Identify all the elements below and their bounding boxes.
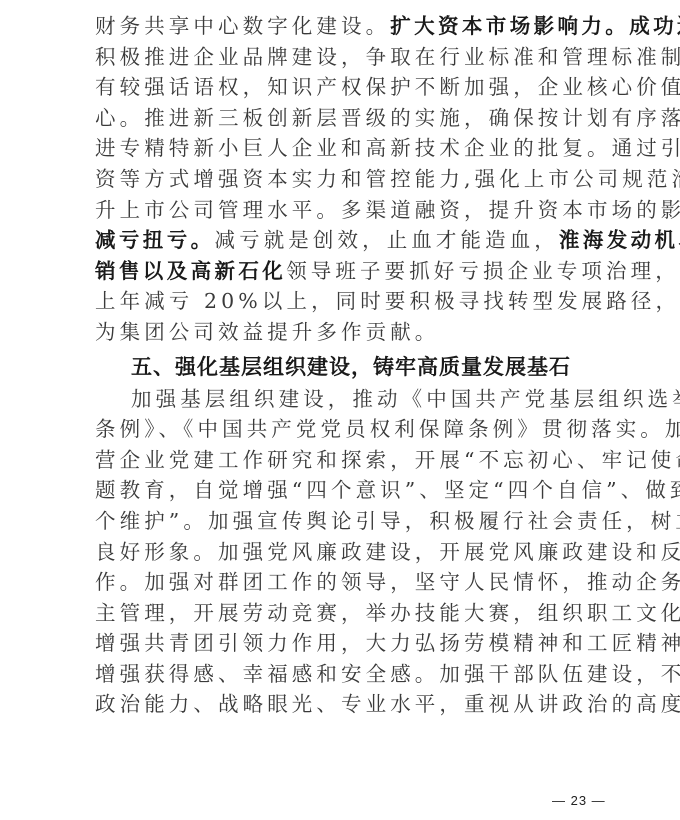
page-number: — 23 —: [552, 793, 606, 808]
text-line: 为集团公司效益提升多作贡献。: [95, 317, 595, 348]
document-page: 财务共享中心数字化建设。扩大资本市场影响力。成功通航要 积极推进企业品牌建设，争…: [95, 11, 595, 720]
text-line: 增强获得感、幸福感和安全感。加强干部队伍建设，不断提高: [95, 659, 595, 690]
text-run: 领导班子要抓好亏损企业专项治理，确保比: [286, 259, 680, 283]
paragraph-capital-market: 财务共享中心数字化建设。扩大资本市场影响力。成功通航要 积极推进企业品牌建设，争…: [95, 11, 595, 225]
text-run: 有较强话语权，知识产权保护不断加强，企业核心价值深入人: [95, 75, 680, 99]
text-line: 增强共青团引领力作用，大力弘扬劳模精神和工匠精神，切实: [95, 628, 595, 659]
text-line: 条例》、《中国共产党党员权利保障条例》贯彻落实。加强民: [95, 414, 595, 445]
text-line: 上年减亏 20%以上，同时要积极寻找转型发展路径，主动作为，: [95, 286, 595, 317]
text-run: 为集团公司效益提升多作贡献。: [95, 320, 439, 344]
text-line: 作。加强对群团工作的领导，坚守人民情怀，推动企务公开民: [95, 567, 595, 598]
text-line: 减亏扭亏。减亏就是创效，止血才能造血，淮海发动机、太行: [95, 225, 595, 256]
text-line: 题教育，自觉增强“四个意识”、坚定“四个自信”、做到“两: [95, 475, 595, 506]
text-run: 积极推进企业品牌建设，争取在行业标准和管理标准制定上具: [95, 45, 680, 69]
text-run: 减亏就是创效，止血才能造血，: [215, 228, 559, 252]
text-line: 进专精特新小巨人企业和高新技术企业的批复。通过引战、增: [95, 133, 595, 164]
text-run: 升上市公司管理水平。多渠道融资，提升资本市场的影响力。: [95, 198, 680, 222]
bold-text-run: 减亏扭亏。: [95, 228, 215, 252]
bold-text-run: 销售以及高新石化: [95, 259, 286, 283]
text-line: 政治能力、战略眼光、专业水平，重视从讲政治的高度做经济: [95, 689, 595, 720]
text-line: 财务共享中心数字化建设。扩大资本市场影响力。成功通航要: [95, 11, 595, 42]
text-line: 资等方式增强资本实力和管控能力,强化上市公司规范治理，提: [95, 164, 595, 195]
text-line: 心。推进新三板创新层晋级的实施，确保按计划有序落地。推: [95, 103, 595, 134]
text-line: 个维护”。加强宣传舆论引导，积极履行社会责任，树立成功: [95, 506, 595, 537]
text-run: 心。推进新三板创新层晋级的实施，确保按计划有序落地。推: [95, 106, 680, 130]
bold-text-run: 扩大资本市场影响力。成功通航: [390, 14, 680, 38]
paragraph-grassroots-organization: 加强基层组织建设，推动《中国共产党基层组织选举工作 条例》、《中国共产党党员权利…: [95, 384, 595, 721]
text-line: 销售以及高新石化领导班子要抓好亏损企业专项治理，确保比: [95, 256, 595, 287]
text-line: 主管理，开展劳动竞赛，举办技能大赛，组织职工文化活动，: [95, 598, 595, 629]
text-run: 财务共享中心数字化建设。: [95, 14, 390, 38]
text-line: 有较强话语权，知识产权保护不断加强，企业核心价值深入人: [95, 72, 595, 103]
text-line: 加强基层组织建设，推动《中国共产党基层组织选举工作: [95, 384, 595, 415]
text-line: 良好形象。加强党风廉政建设，开展党风廉政建设和反腐败工: [95, 537, 595, 568]
bold-text-run: 淮海发动机、太行: [559, 228, 680, 252]
text-line: 积极推进企业品牌建设，争取在行业标准和管理标准制定上具: [95, 42, 595, 73]
text-run: 上年减亏 20%以上，同时要积极寻找转型发展路径，主动作为，: [95, 289, 680, 313]
text-line: 升上市公司管理水平。多渠道融资，提升资本市场的影响力。: [95, 195, 595, 226]
text-run: 进专精特新小巨人企业和高新技术企业的批复。通过引战、增: [95, 136, 680, 160]
section-heading: 五、强化基层组织建设，铸牢高质量发展基石: [95, 351, 595, 384]
text-line: 营企业党建工作研究和探索，开展“不忘初心、牢记使命”主: [95, 445, 595, 476]
paragraph-reduce-losses: 减亏扭亏。减亏就是创效，止血才能造血，淮海发动机、太行 销售以及高新石化领导班子…: [95, 225, 595, 347]
text-run: 资等方式增强资本实力和管控能力,强化上市公司规范治理，提: [95, 167, 680, 191]
